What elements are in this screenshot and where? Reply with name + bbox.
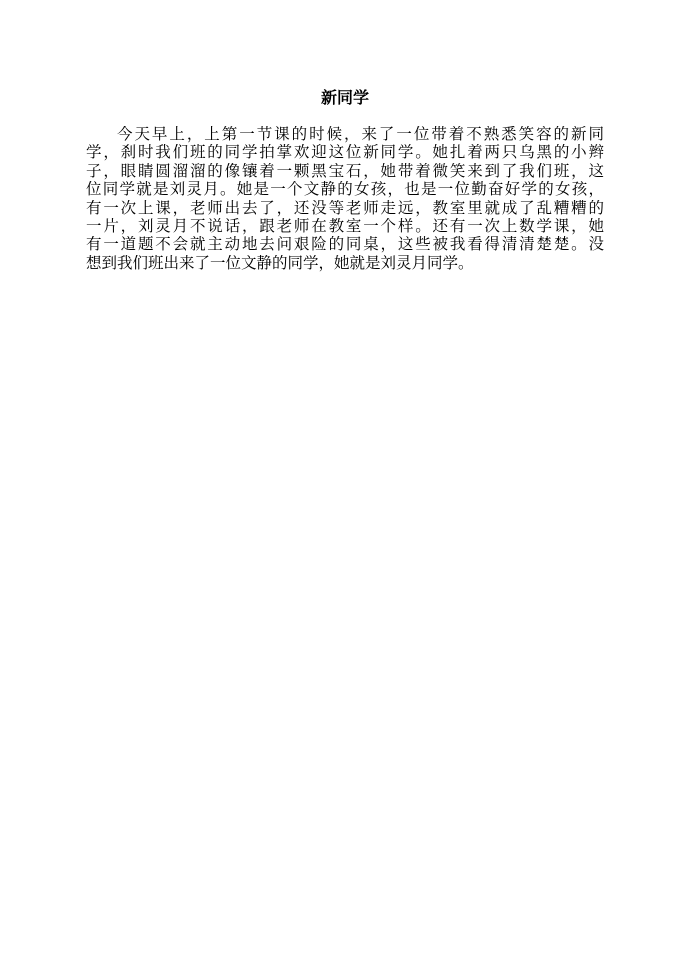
essay-line: 想到我们班出来了一位文静的同学，她就是刘灵月同学。 [86, 255, 604, 273]
essay-line: 有一道题不会就主动地去问艰险的同桌，这些被我看得清清楚楚。没 [86, 236, 604, 254]
essay-line: 一片，刘灵月不说话，跟老师在教室一个样。还有一次上数学课，她 [86, 218, 604, 236]
essay-line: 子，眼睛圆溜溜的像镶着一颗黑宝石，她带着微笑来到了我们班，这 [86, 163, 604, 181]
essay-line: 学，刹时我们班的同学拍掌欢迎这位新同学。她扎着两只乌黑的小辫 [86, 144, 604, 162]
document-page: 新同学 今天早上，上第一节课的时候，来了一位带着不熟悉笑容的新同 学，刹时我们班… [0, 0, 690, 976]
essay-title: 新同学 [86, 90, 604, 108]
essay-line: 位同学就是刘灵月。她是一个文静的女孩，也是一位勤奋好学的女孩， [86, 181, 604, 199]
essay-paragraph: 今天早上，上第一节课的时候，来了一位带着不熟悉笑容的新同 学，刹时我们班的同学拍… [86, 126, 604, 273]
essay-line: 今天早上，上第一节课的时候，来了一位带着不熟悉笑容的新同 [86, 126, 604, 144]
essay-line: 有一次上课，老师出去了，还没等老师走远，教室里就成了乱糟糟的 [86, 200, 604, 218]
